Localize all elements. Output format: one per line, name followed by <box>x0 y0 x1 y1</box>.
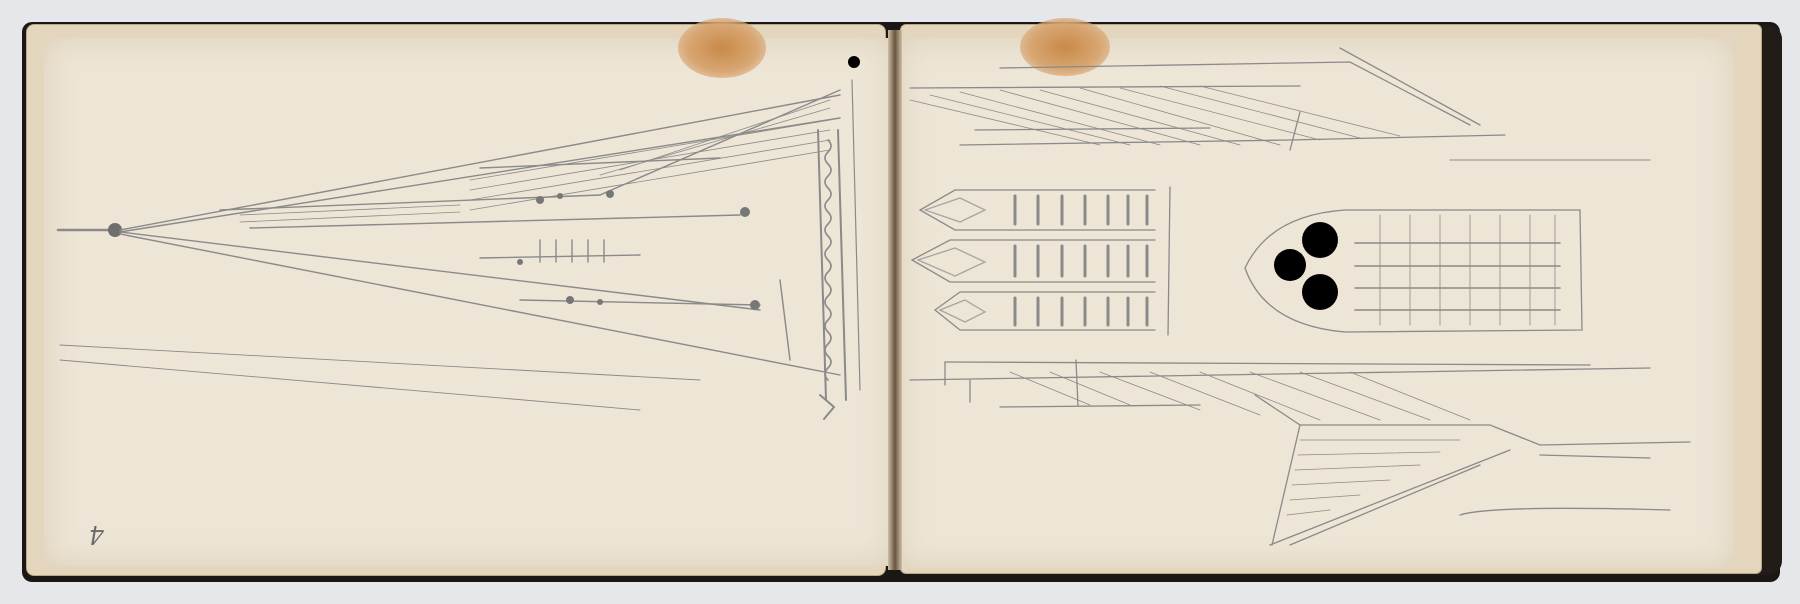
roof-sketch-bottom <box>910 360 1690 545</box>
tracery-window-sketch <box>1245 210 1582 332</box>
spire-sketch <box>58 56 860 419</box>
roof-sketch-top <box>910 48 1650 160</box>
pencil-sketches <box>0 0 1800 604</box>
triple-lancet-window-sketch <box>912 187 1170 335</box>
sketchbook-photo: 4 <box>0 0 1800 604</box>
